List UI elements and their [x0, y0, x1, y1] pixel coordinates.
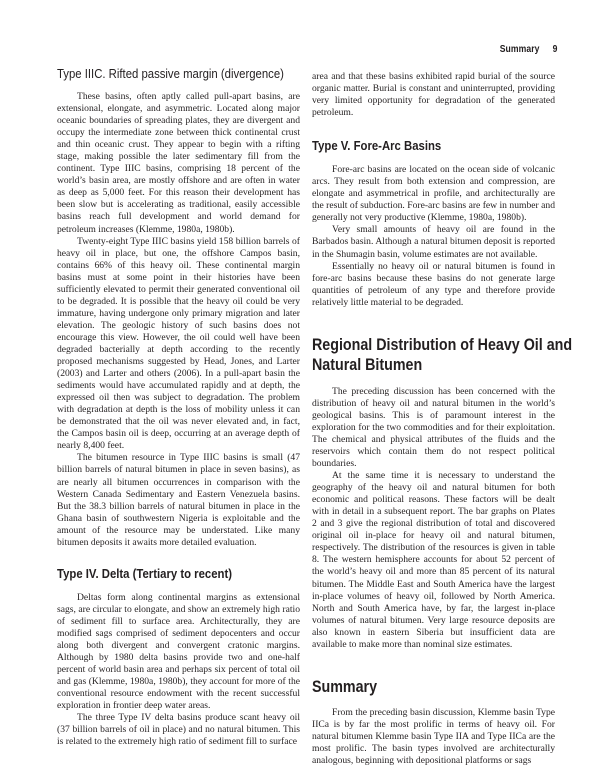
heading-type-v: Type V. Fore-Arc Basins: [312, 138, 521, 154]
paragraph: Essentially no heavy oil or natural bitu…: [312, 261, 555, 309]
paragraph-continued: area and that these basins exhibited rap…: [312, 71, 555, 119]
paragraph: The preceding discussion has been concer…: [312, 386, 555, 470]
paragraph: From the preceding basin discussion, Kle…: [312, 707, 555, 767]
paragraph: The bitumen resource in Type IIIC basins…: [57, 452, 300, 548]
paragraph: Very small amounts of heavy oil are foun…: [312, 224, 555, 260]
heading-line: Natural Bitumen: [312, 355, 422, 374]
right-column: area and that these basins exhibited rap…: [312, 71, 555, 768]
heading-type-iiic: Type IIIC. Rifted passive margin (diverg…: [57, 66, 266, 82]
paragraph: Deltas form along continental margins as…: [57, 592, 300, 712]
paragraph: The three Type IV delta basins produce s…: [57, 712, 300, 748]
left-column: Type IIIC. Rifted passive margin (diverg…: [57, 66, 300, 748]
heading-line: Regional Distribution of Heavy Oil and: [312, 335, 572, 354]
paragraph: Fore-arc basins are located on the ocean…: [312, 164, 555, 224]
heading-type-iv: Type IV. Delta (Tertiary to recent): [57, 566, 266, 582]
page-number: 9: [553, 43, 558, 55]
heading-summary: Summary: [312, 677, 521, 698]
paragraph: At the same time it is necessary to unde…: [312, 470, 555, 651]
heading-regional-distribution: Regional Distribution of Heavy Oil and N…: [312, 335, 521, 376]
running-header: Summary9: [500, 43, 558, 55]
paragraph: Twenty-eight Type IIIC basins yield 158 …: [57, 236, 300, 453]
running-title: Summary: [500, 43, 540, 55]
paragraph: These basins, often aptly called pull-ap…: [57, 91, 300, 236]
